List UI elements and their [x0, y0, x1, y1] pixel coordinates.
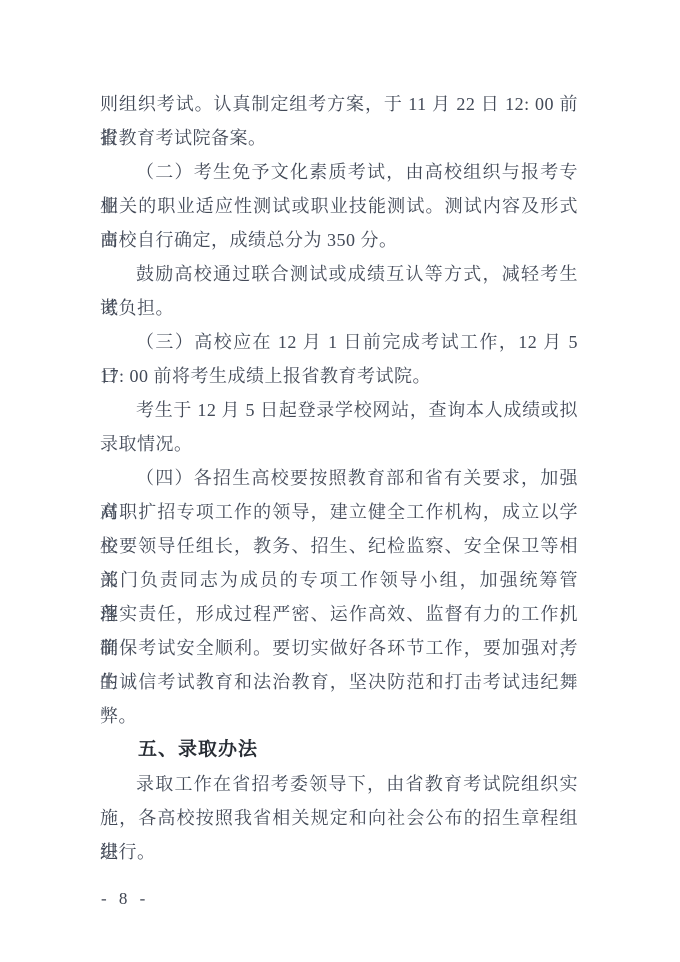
paragraph-line: 17: 00 前将考生成绩上报省教育考试院。: [100, 359, 578, 393]
paragraph-line: 主要领导任组长，教务、招生、纪检监察、安全保卫等相关: [100, 529, 578, 563]
paragraph-line: 考生于 12 月 5 日起登录学校网站，查询本人成绩或拟: [100, 393, 578, 427]
paragraph-line: （三）高校应在 12 月 1 日前完成考试工作，12 月 5 日: [100, 325, 578, 359]
paragraph-line: 鼓励高校通过联合测试或成绩互认等方式，减轻考生考: [100, 257, 578, 291]
paragraph-line: 施，各高校按照我省相关规定和向社会公布的招生章程组织: [100, 801, 578, 835]
paragraph-line: 则组织考试。认真制定组考方案，于 11 月 22 日 12: 00 前报: [100, 87, 578, 121]
paragraph-line: 部门负责同志为成员的专项工作领导小组，加强统筹管理，: [100, 563, 578, 597]
page-number: - 8 -: [101, 885, 149, 913]
paragraph-line: （四）各招生高校要按照教育部和省有关要求，加强对: [100, 461, 578, 495]
paragraph-line: 落实责任，形成过程严密、运作高效、监督有力的工作机制，: [100, 597, 578, 631]
paragraph-line: 进行。: [100, 835, 578, 869]
paragraph-line: 高职扩招专项工作的领导，建立健全工作机构，成立以学校: [100, 495, 578, 529]
document-body-text: 则组织考试。认真制定组考方案，于 11 月 22 日 12: 00 前报 省教育…: [100, 87, 578, 869]
paragraph-line: 确保考试安全顺利。要切实做好各环节工作，要加强对考生: [100, 631, 578, 665]
paragraph-line: 试负担。: [100, 291, 578, 325]
paragraph-line: 的诚信考试教育和法治教育，坚决防范和打击考试违纪舞: [100, 665, 578, 699]
paragraph-line: 录取工作在省招考委领导下，由省教育考试院组织实: [100, 767, 578, 801]
paragraph-line: （二）考生免予文化素质考试，由高校组织与报考专业: [100, 155, 578, 189]
paragraph-line: 弊。: [100, 699, 578, 733]
paragraph-line: 相关的职业适应性测试或职业技能测试。测试内容及形式由: [100, 189, 578, 223]
paragraph-line: 省教育考试院备案。: [100, 121, 578, 155]
document-page: 则组织考试。认真制定组考方案，于 11 月 22 日 12: 00 前报 省教育…: [0, 0, 680, 962]
paragraph-line: 录取情况。: [100, 427, 578, 461]
section-heading: 五、录取办法: [100, 733, 578, 767]
paragraph-line: 高校自行确定，成绩总分为 350 分。: [100, 223, 578, 257]
